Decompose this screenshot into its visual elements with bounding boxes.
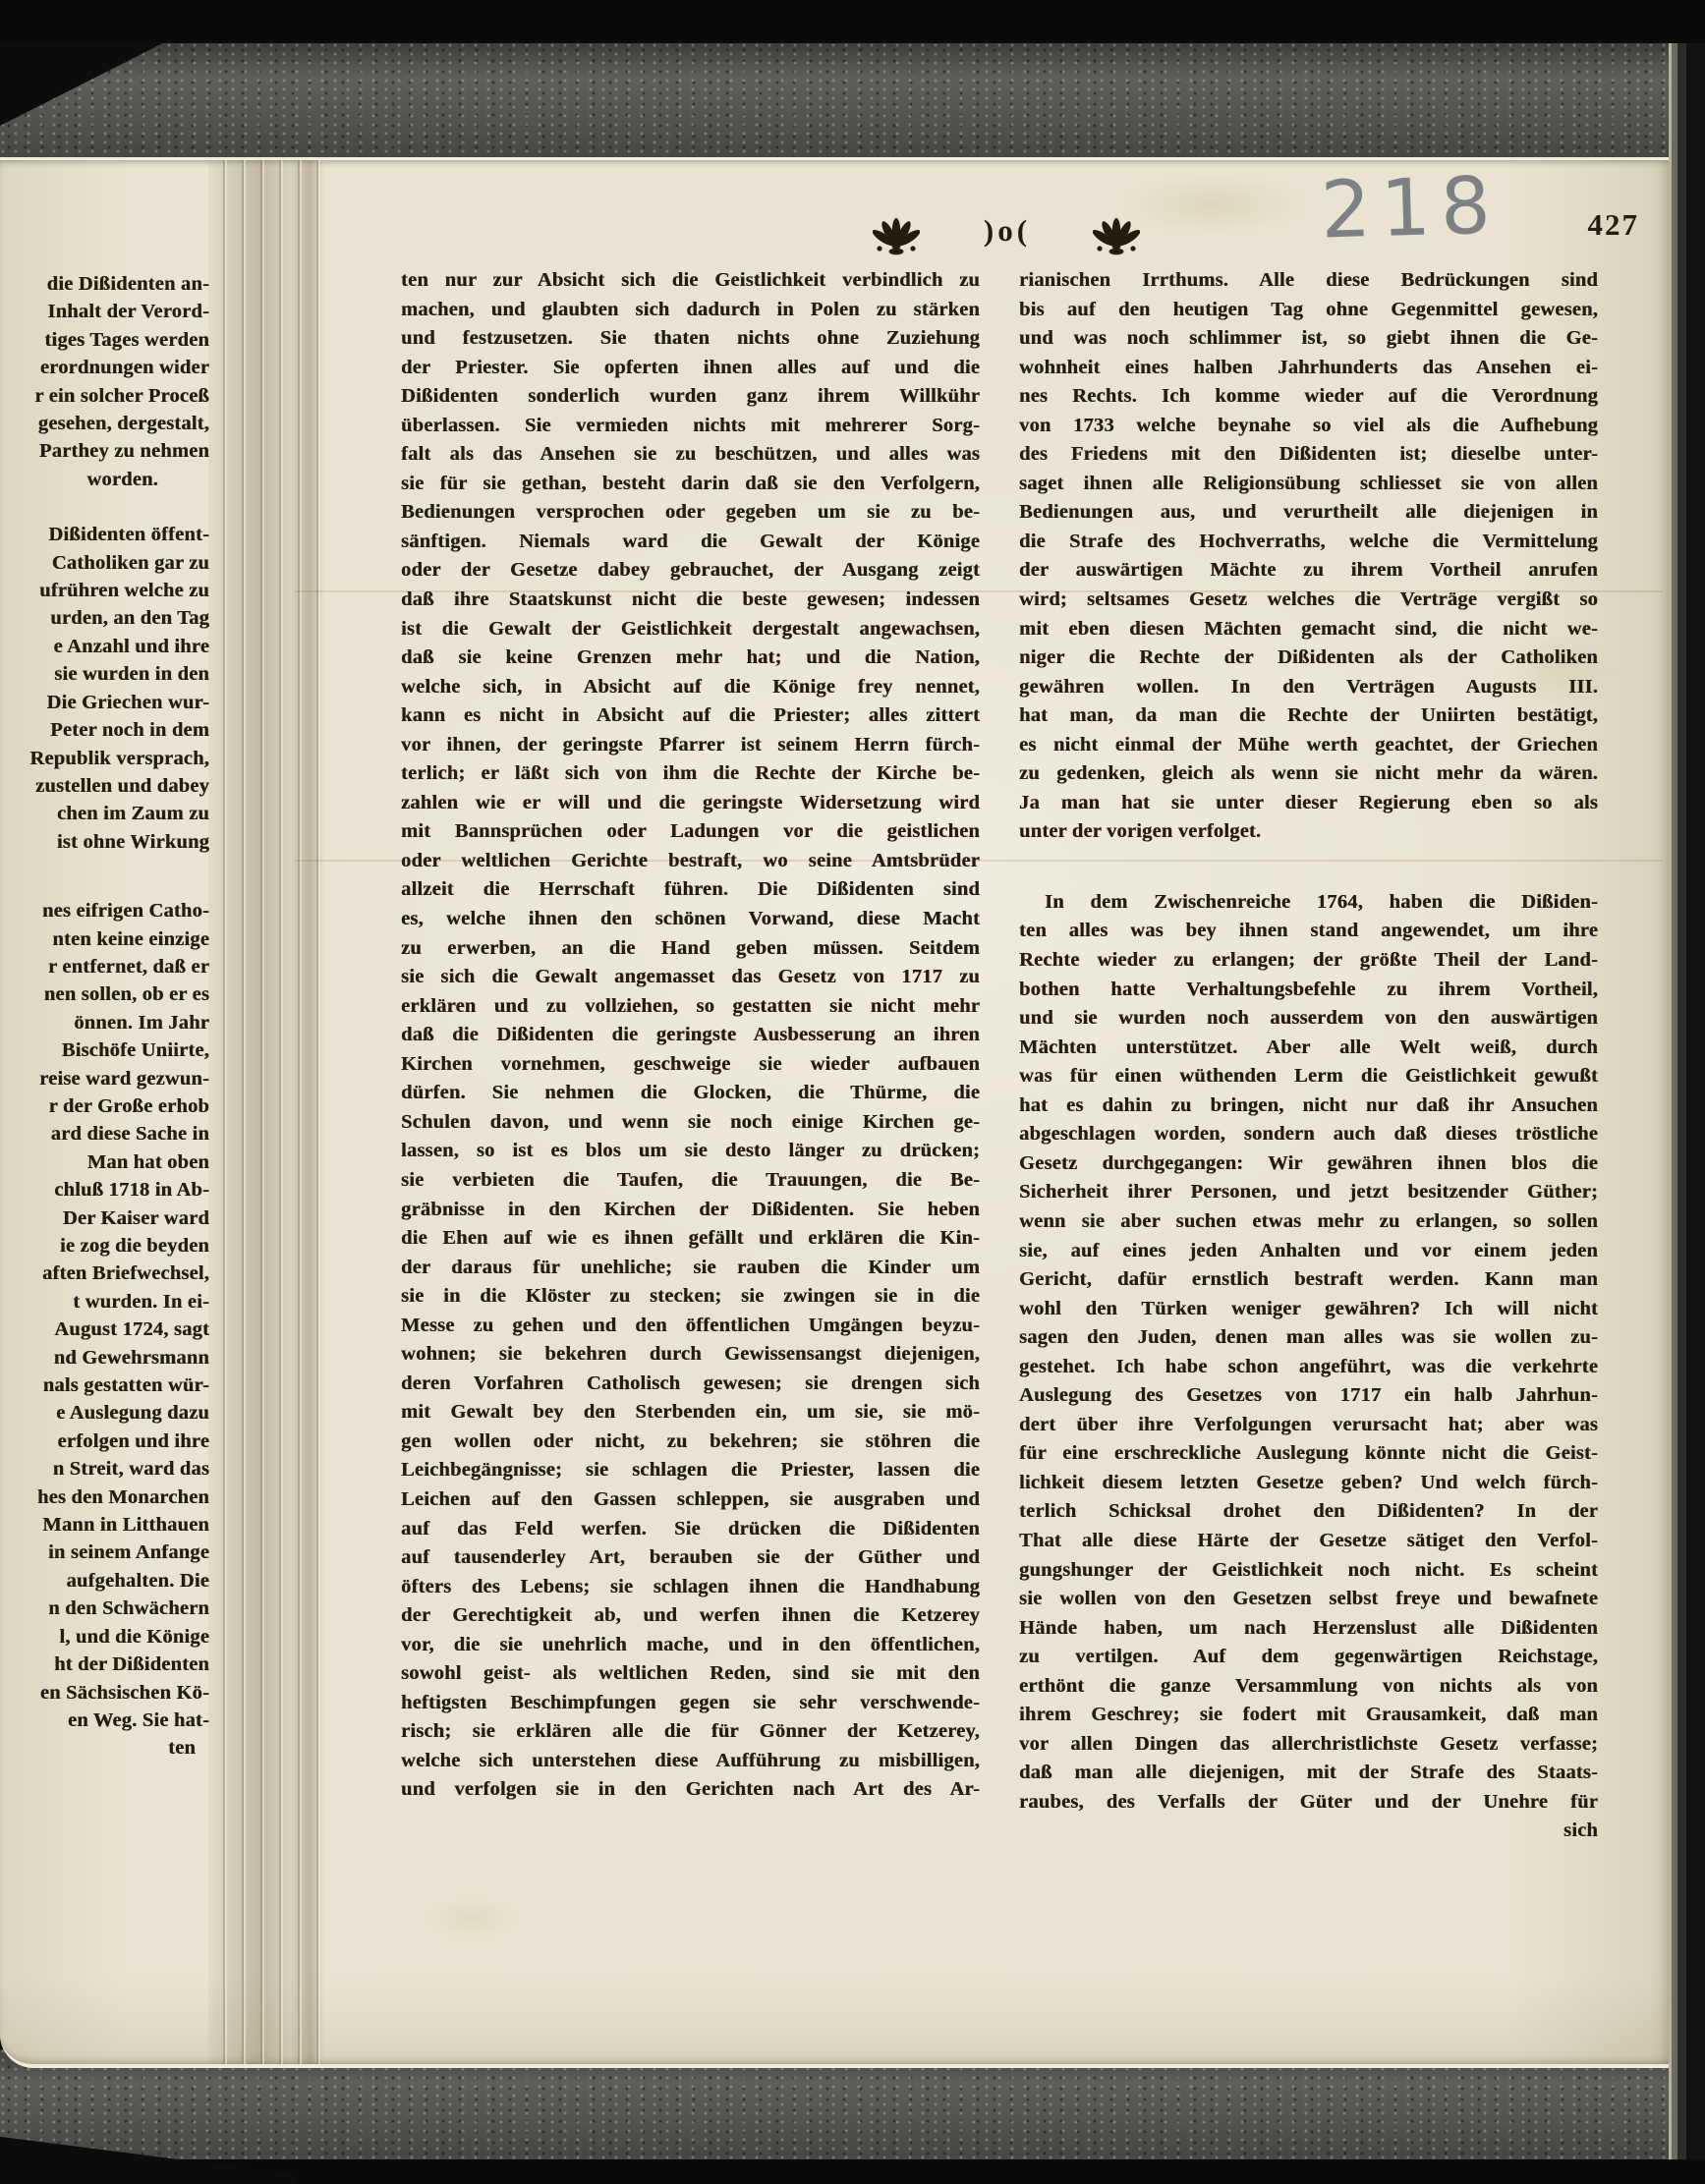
text-line: erthönt die ganze Versammlung von nichts… <box>1019 1672 1598 1702</box>
text-line: welche sich, in Absicht auf die Könige f… <box>401 673 980 702</box>
text-line: machen, und glaubten sich dadurch in Pol… <box>401 296 980 325</box>
text-line: und sie wurden noch ausserdem von den au… <box>1019 1004 1598 1034</box>
text-line: der Gerechtigkeit ab, und werfen ihnen d… <box>401 1601 980 1631</box>
text-line: es, welche ihnen den schönen Vorwand, di… <box>401 905 980 934</box>
text-line: deren Vorfahren Catholisch gewesen; sie … <box>401 1370 980 1399</box>
text-line: die Dißidenten an- <box>0 270 209 298</box>
text-line: terlich Schicksal drohet den Dißidenten?… <box>1019 1497 1598 1527</box>
text-line: von 1733 welche beynahe so viel als die … <box>1019 412 1598 441</box>
text-line: die Strafe des Hochverraths, welche die … <box>1019 528 1598 557</box>
text-line: worden. <box>0 466 209 493</box>
text-line: welche sich unterstehen diese Aufführung… <box>401 1747 980 1776</box>
text-line: gen wollen oder nicht, zu bekehren; sie … <box>401 1428 980 1457</box>
book-scan: )o( 218 427 die Dißidenten an-Inhalt der… <box>0 0 1705 2184</box>
text-line: oder der Gesetze dabey gebrauchet, der A… <box>401 556 980 586</box>
text-column-left: ten nur zur Absicht sich die Geistlichke… <box>401 266 980 1805</box>
text-line: oder weltlichen Gerichte bestraft, wo se… <box>401 847 980 876</box>
text-line: auf das Feld werfen. Sie drücken die Diß… <box>401 1515 980 1544</box>
fleuron-ornament-icon <box>1093 215 1140 256</box>
text-line: wohl den Türken weniger gewähren? Ich wi… <box>1019 1295 1598 1324</box>
text-line: r der Große erhob <box>0 1092 209 1120</box>
text-line: ten nur zur Absicht sich die Geistlichke… <box>401 266 980 296</box>
text-line: Inhalt der Verord- <box>0 298 209 325</box>
text-line: Peter noch in dem <box>0 716 209 744</box>
page-gutter <box>208 160 324 2064</box>
page-number: 427 <box>1513 207 1639 243</box>
text-line: dert über ihre Verfolgungen verursacht h… <box>1019 1411 1598 1440</box>
text-line: wohnheit eines halben Jahrhunderts das A… <box>1019 354 1598 383</box>
text-line: zu gedenken, gleich als wenn sie nicht m… <box>1019 759 1598 789</box>
text-line: niger die Rechte der Dißidenten als der … <box>1019 644 1598 673</box>
text-line: t wurden. In ei- <box>0 1288 209 1316</box>
text-line: bis auf den heutigen Tag ohne Gegenmitte… <box>1019 296 1598 325</box>
text-line: daß sie keine Grenzen mehr hat; und die … <box>401 644 980 673</box>
text-line: wohnen; sie bekehren durch Gewissensangs… <box>401 1340 980 1370</box>
text-line: lichkeit diesem letzten Gesetze geben? U… <box>1019 1469 1598 1498</box>
text-line: nen sollen, ob er es <box>0 980 209 1008</box>
text-line: lassen, so ist es blos um sie desto läng… <box>401 1137 980 1166</box>
text-line: aften Briefwechsel, <box>0 1260 209 1287</box>
text-line: nes Rechts. Ich komme wieder auf die Ver… <box>1019 382 1598 412</box>
text-line: auf tausenderley Art, berauben sie der G… <box>401 1543 980 1573</box>
text-line: ten alles was bey ihnen stand angewendet… <box>1019 917 1598 946</box>
signature-mark: )o( <box>953 213 1061 249</box>
text-line: r ein solcher Proceß <box>0 382 209 410</box>
text-line: chluß 1718 in Ab- <box>0 1176 209 1204</box>
text-line: Schulen davon, und wenn sie noch einige … <box>401 1108 980 1138</box>
text-line: ist die Gewalt der Geistlichkeit dergest… <box>401 615 980 644</box>
text-line: sie wurden in den <box>0 660 209 688</box>
text-line: In dem Zwischenreiche 1764, haben die Di… <box>1019 888 1598 918</box>
text-line: ie zog die beyden <box>0 1232 209 1260</box>
text-line: nes eifrigen Catho- <box>0 897 209 924</box>
text-line: e Anzahl und ihre <box>0 633 209 660</box>
text-line: gewähren wollen. In den Verträgen August… <box>1019 673 1598 702</box>
text-line: was für einen wüthenden Lerm die Geistli… <box>1019 1062 1598 1092</box>
text-line: es nicht einmal der Mühe werth geachtet,… <box>1019 731 1598 760</box>
text-line: Der Kaiser ward <box>0 1204 209 1232</box>
text-line: bothen hatte Verhaltungsbefehle zu ihrem… <box>1019 976 1598 1005</box>
text-line: nd Gewehrsmann <box>0 1344 209 1372</box>
text-line: Leichbegängnisse; sie schlagen die Pries… <box>401 1456 980 1485</box>
text-line: Parthey zu nehmen <box>0 437 209 465</box>
text-line: Die Griechen wur- <box>0 689 209 716</box>
text-line: der auswärtigen Mächte zu ihrem Vortheil… <box>1019 556 1598 586</box>
text-line: Catholiken gar zu <box>0 549 209 577</box>
left-page-fragment: die Dißidenten an-Inhalt der Verord-tige… <box>0 270 209 1763</box>
text-line: überlassen. Sie vermieden nichts mit meh… <box>401 412 980 441</box>
text-line: daß die Dißidenten die geringste Ausbess… <box>401 1021 980 1050</box>
text-line: August 1724, sagt <box>0 1316 209 1343</box>
text-line: rianischen Irrthums. Alle diese Bedrücku… <box>1019 266 1598 296</box>
text-line: Sicherheit ihrer Personen, und jetzt bes… <box>1019 1178 1598 1207</box>
text-line: hes den Monarchen <box>0 1484 209 1511</box>
catchword: sich <box>1019 1817 1598 1846</box>
text-line: mit Bannsprüchen oder Ladungen vor die g… <box>401 817 980 847</box>
text-line: der Priester. Sie opferten ihnen alles a… <box>401 354 980 383</box>
text-line: l, und die Könige <box>0 1623 209 1651</box>
text-line: raubes, des Verfalls der Güter und der U… <box>1019 1788 1598 1818</box>
book-fore-edge <box>1669 43 1705 2159</box>
text-line: die Ehen auf wie es ihnen gefällt und er… <box>401 1224 980 1254</box>
text-line: reise ward gezwun- <box>0 1065 209 1092</box>
text-line: hat es dahin zu bringen, nicht nur daß i… <box>1019 1092 1598 1121</box>
text-line: ard diese Sache in <box>0 1120 209 1148</box>
text-line: Hände haben, um nach Herzenslust alle Di… <box>1019 1614 1598 1644</box>
text-line: Republik versprach, <box>0 745 209 772</box>
text-line: Kirchen vornehmen, geschweige sie wieder… <box>401 1050 980 1080</box>
text-line: nten keine einzige <box>0 925 209 953</box>
text-line: ufrühren welche zu <box>0 577 209 604</box>
fleuron-ornament-icon <box>873 215 920 256</box>
text-line: ist ohne Wirkung <box>0 828 209 856</box>
text-line: sie wollen von den Gesetzen selbst freye… <box>1019 1585 1598 1614</box>
text-line: önnen. Im Jahr <box>0 1009 209 1036</box>
text-line: Rechte wieder zu erlangen; der größte Th… <box>1019 946 1598 976</box>
text-line: sie, auf eines jeden Anhalten und vor ei… <box>1019 1237 1598 1266</box>
text-line: heftigsten Beschimpfungen gegen sie sehr… <box>401 1689 980 1718</box>
text-line: saget ihnen alle Religionsübung schliess… <box>1019 470 1598 499</box>
text-line: Dißidenten öffent- <box>0 521 209 548</box>
text-line: Dißidenten sonderlich wurden ganz ihrem … <box>401 382 980 412</box>
text-line: vor allen Dingen das allerchristlichste … <box>1019 1730 1598 1760</box>
text-line: tiges Tages werden <box>0 326 209 354</box>
text-line: en Weg. Sie hat- <box>0 1707 209 1734</box>
text-line: gestehet. Ich habe schon angeführt, was … <box>1019 1353 1598 1382</box>
text-line: r entfernet, daß er <box>0 953 209 980</box>
catchword: ten <box>0 1734 209 1762</box>
text-line: en Sächsischen Kö- <box>0 1679 209 1707</box>
text-line: vor ihnen, der geringste Pfarrer ist sei… <box>401 731 980 760</box>
text-line: und verfolgen sie in den Gerichten nach … <box>401 1775 980 1805</box>
text-line: Messe zu gehen und den öffentlichen Umgä… <box>401 1312 980 1341</box>
text-line: erordnungen wider <box>0 354 209 381</box>
text-column-right: rianischen Irrthums. Alle diese Bedrücku… <box>1019 266 1598 1846</box>
text-line: dürfen. Sie nehmen die Glocken, die Thür… <box>401 1079 980 1108</box>
text-line: des Friedens mit den Dißidenten ist; die… <box>1019 440 1598 470</box>
text-line: Bischöfe Uniirte, <box>0 1036 209 1064</box>
header-ornaments: )o( <box>855 213 1169 260</box>
text-line: Man hat oben <box>0 1148 209 1176</box>
text-line: sie verbieten die Taufen, die Trauungen,… <box>401 1166 980 1196</box>
text-line: hat man, da man die Rechte der Uniirten … <box>1019 701 1598 731</box>
text-line: vor, die sie unehrlich mache, und in den… <box>401 1631 980 1660</box>
text-line: wenn sie aber suchen etwas mehr zu erlan… <box>1019 1207 1598 1237</box>
text-line: zahlen wie er will und die geringste Wid… <box>401 789 980 818</box>
text-line: zu vertilgen. Auf dem gegenwärtigen Reic… <box>1019 1643 1598 1672</box>
text-line: Bedienungen versprochen oder gegeben um … <box>401 498 980 528</box>
text-line: Ja man hat sie unter dieser Regierung eb… <box>1019 789 1598 818</box>
text-line: n den Schwächern <box>0 1595 209 1622</box>
text-line: Mächten unterstützet. Aber alle Welt wei… <box>1019 1034 1598 1063</box>
text-line: gungshunger der Geistlichkeit noch nicht… <box>1019 1556 1598 1586</box>
text-line: mit Gewalt bey den Sterbenden ein, um si… <box>401 1398 980 1428</box>
text-line: Mann in Litthauen <box>0 1511 209 1539</box>
text-line: öfters des Lebens; sie schlagen ihnen di… <box>401 1573 980 1602</box>
text-line: daß man alle diejenigen, mit der Strafe … <box>1019 1759 1598 1788</box>
background-top <box>0 0 1705 45</box>
text-line: Gesetz durchgegangen: Wir gewähren ihnen… <box>1019 1149 1598 1179</box>
book-cover-top-edge <box>0 43 1705 161</box>
text-line: sie für sie gethan, besteht darin daß si… <box>401 470 980 499</box>
text-line: zu erwerben, an die Hand geben müssen. S… <box>401 934 980 964</box>
text-line: Bedienungen aus, und verurtheilt alle di… <box>1019 498 1598 528</box>
text-line: allzeit die Herrschaft führen. Die Dißid… <box>401 875 980 905</box>
text-line: erfolgen und ihre <box>0 1428 209 1455</box>
text-line: daß ihre Staatskunst nicht die beste gew… <box>401 586 980 615</box>
text-line: der daraus für unehliche; sie rauben die… <box>401 1254 980 1283</box>
text-line: Gericht, dafür ernstlich bestraft werden… <box>1019 1265 1598 1295</box>
text-line: unter der vorigen verfolget. <box>1019 817 1598 847</box>
text-line: für eine erschreckliche Auslegung könnte… <box>1019 1439 1598 1469</box>
text-line: chen im Zaum zu <box>0 800 209 827</box>
text-line: sagen den Juden, denen man alles was sie… <box>1019 1323 1598 1353</box>
page-paper: )o( 218 427 die Dißidenten an-Inhalt der… <box>0 157 1673 2068</box>
text-line: und festzusetzen. Sie thaten nichts ohne… <box>401 324 980 354</box>
text-line: terlich; er läßt sich von ihm die Rechte… <box>401 759 980 789</box>
text-line: sänftigen. Niemals ward die Gewalt der K… <box>401 528 980 557</box>
text-line: urden, an den Tag <box>0 604 209 632</box>
text-line: in seinem Anfange <box>0 1539 209 1566</box>
handwritten-page-number: 218 <box>1320 159 1502 255</box>
text-line: wird; seltsames Gesetz welches die Vertr… <box>1019 586 1598 615</box>
text-line: sowohl geist- als weltlichen Reden, sind… <box>401 1659 980 1689</box>
text-line: ihrem Geschrey; sie fodert mit Grausamke… <box>1019 1701 1598 1730</box>
text-line: nals gestatten wür- <box>0 1372 209 1399</box>
text-line: mit eben diesen Mächten gemacht sind, di… <box>1019 615 1598 644</box>
text-line: zustellen und dabey <box>0 772 209 800</box>
text-line: sie sich die Gewalt angemasset das Geset… <box>401 963 980 992</box>
text-line: gesehen, dergestalt, <box>0 410 209 437</box>
text-line: sie in die Klöster zu stecken; sie zwing… <box>401 1282 980 1312</box>
text-line: risch; sie erklären alle die für Gönner … <box>401 1717 980 1747</box>
text-line: abgeschlagen worden, sondern auch daß di… <box>1019 1120 1598 1149</box>
text-line: kann es nicht in Absicht auf die Prieste… <box>401 701 980 731</box>
text-line: falt als das Ansehen sie zu beschützen, … <box>401 440 980 470</box>
text-line: aufgehalten. Die <box>0 1567 209 1595</box>
text-line: und was noch schlimmer ist, so giebt ihn… <box>1019 324 1598 354</box>
text-line: n Streit, ward das <box>0 1455 209 1483</box>
text-line: gräbnisse in den Kirchen der Dißidenten.… <box>401 1196 980 1225</box>
text-line: Auslegung des Gesetzes von 1717 ein halb… <box>1019 1381 1598 1411</box>
text-line: erklären und zu vollziehen, so gestatten… <box>401 992 980 1022</box>
text-line: Leichen auf den Gassen schleppen, sie au… <box>401 1485 980 1515</box>
text-line: e Auslegung dazu <box>0 1399 209 1427</box>
text-line: That alle diese Härte der Gesetze sätige… <box>1019 1527 1598 1556</box>
text-line: ht der Dißidenten <box>0 1651 209 1678</box>
